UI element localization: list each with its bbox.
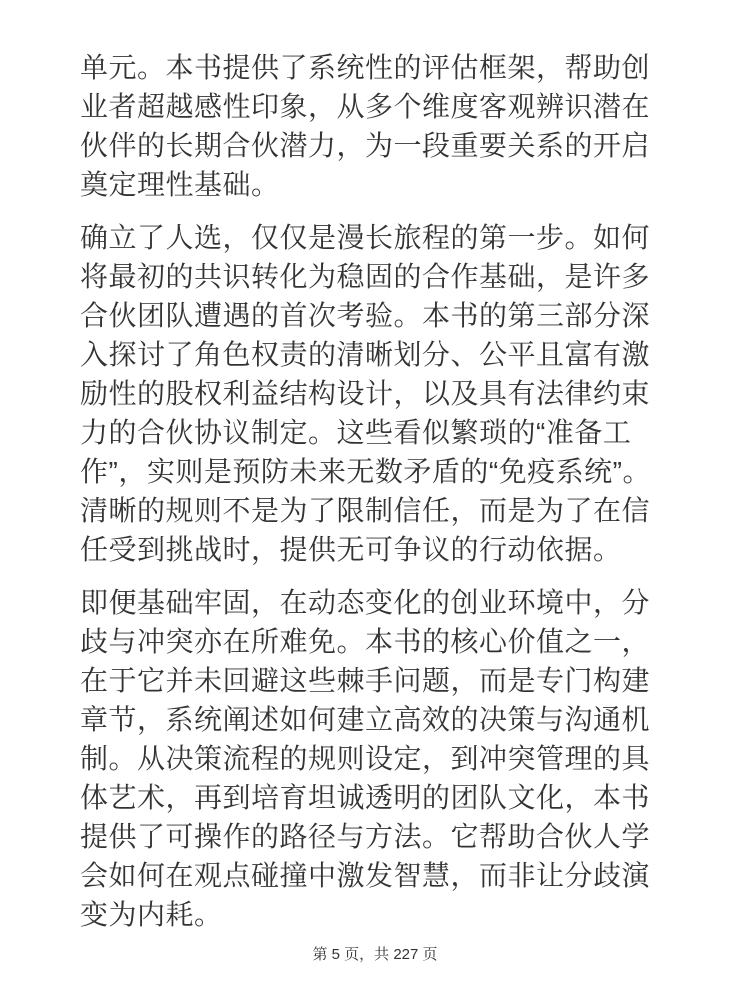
paragraph-2: 确立了人选，仅仅是漫长旅程的第一步。如何将最初的共识转化为稳固的合作基础，是许多… — [80, 218, 670, 569]
ebook-page: 单元。本书提供了系统性的评估框架，帮助创业者超越感性印象，从多个维度客观辨识潜在… — [0, 0, 750, 1000]
paragraph-1: 单元。本书提供了系统性的评估框架，帮助创业者超越感性印象，从多个维度客观辨识潜在… — [80, 48, 670, 204]
page-content: 单元。本书提供了系统性的评估框架，帮助创业者超越感性印象，从多个维度客观辨识潜在… — [80, 48, 670, 934]
page-indicator: 第 5 页，共 227 页 — [312, 946, 437, 963]
page-footer: 第 5 页，共 227 页 — [0, 946, 750, 964]
paragraph-3: 即便基础牢固，在动态变化的创业环境中，分歧与冲突亦在所难免。本书的核心价值之一，… — [80, 583, 670, 934]
